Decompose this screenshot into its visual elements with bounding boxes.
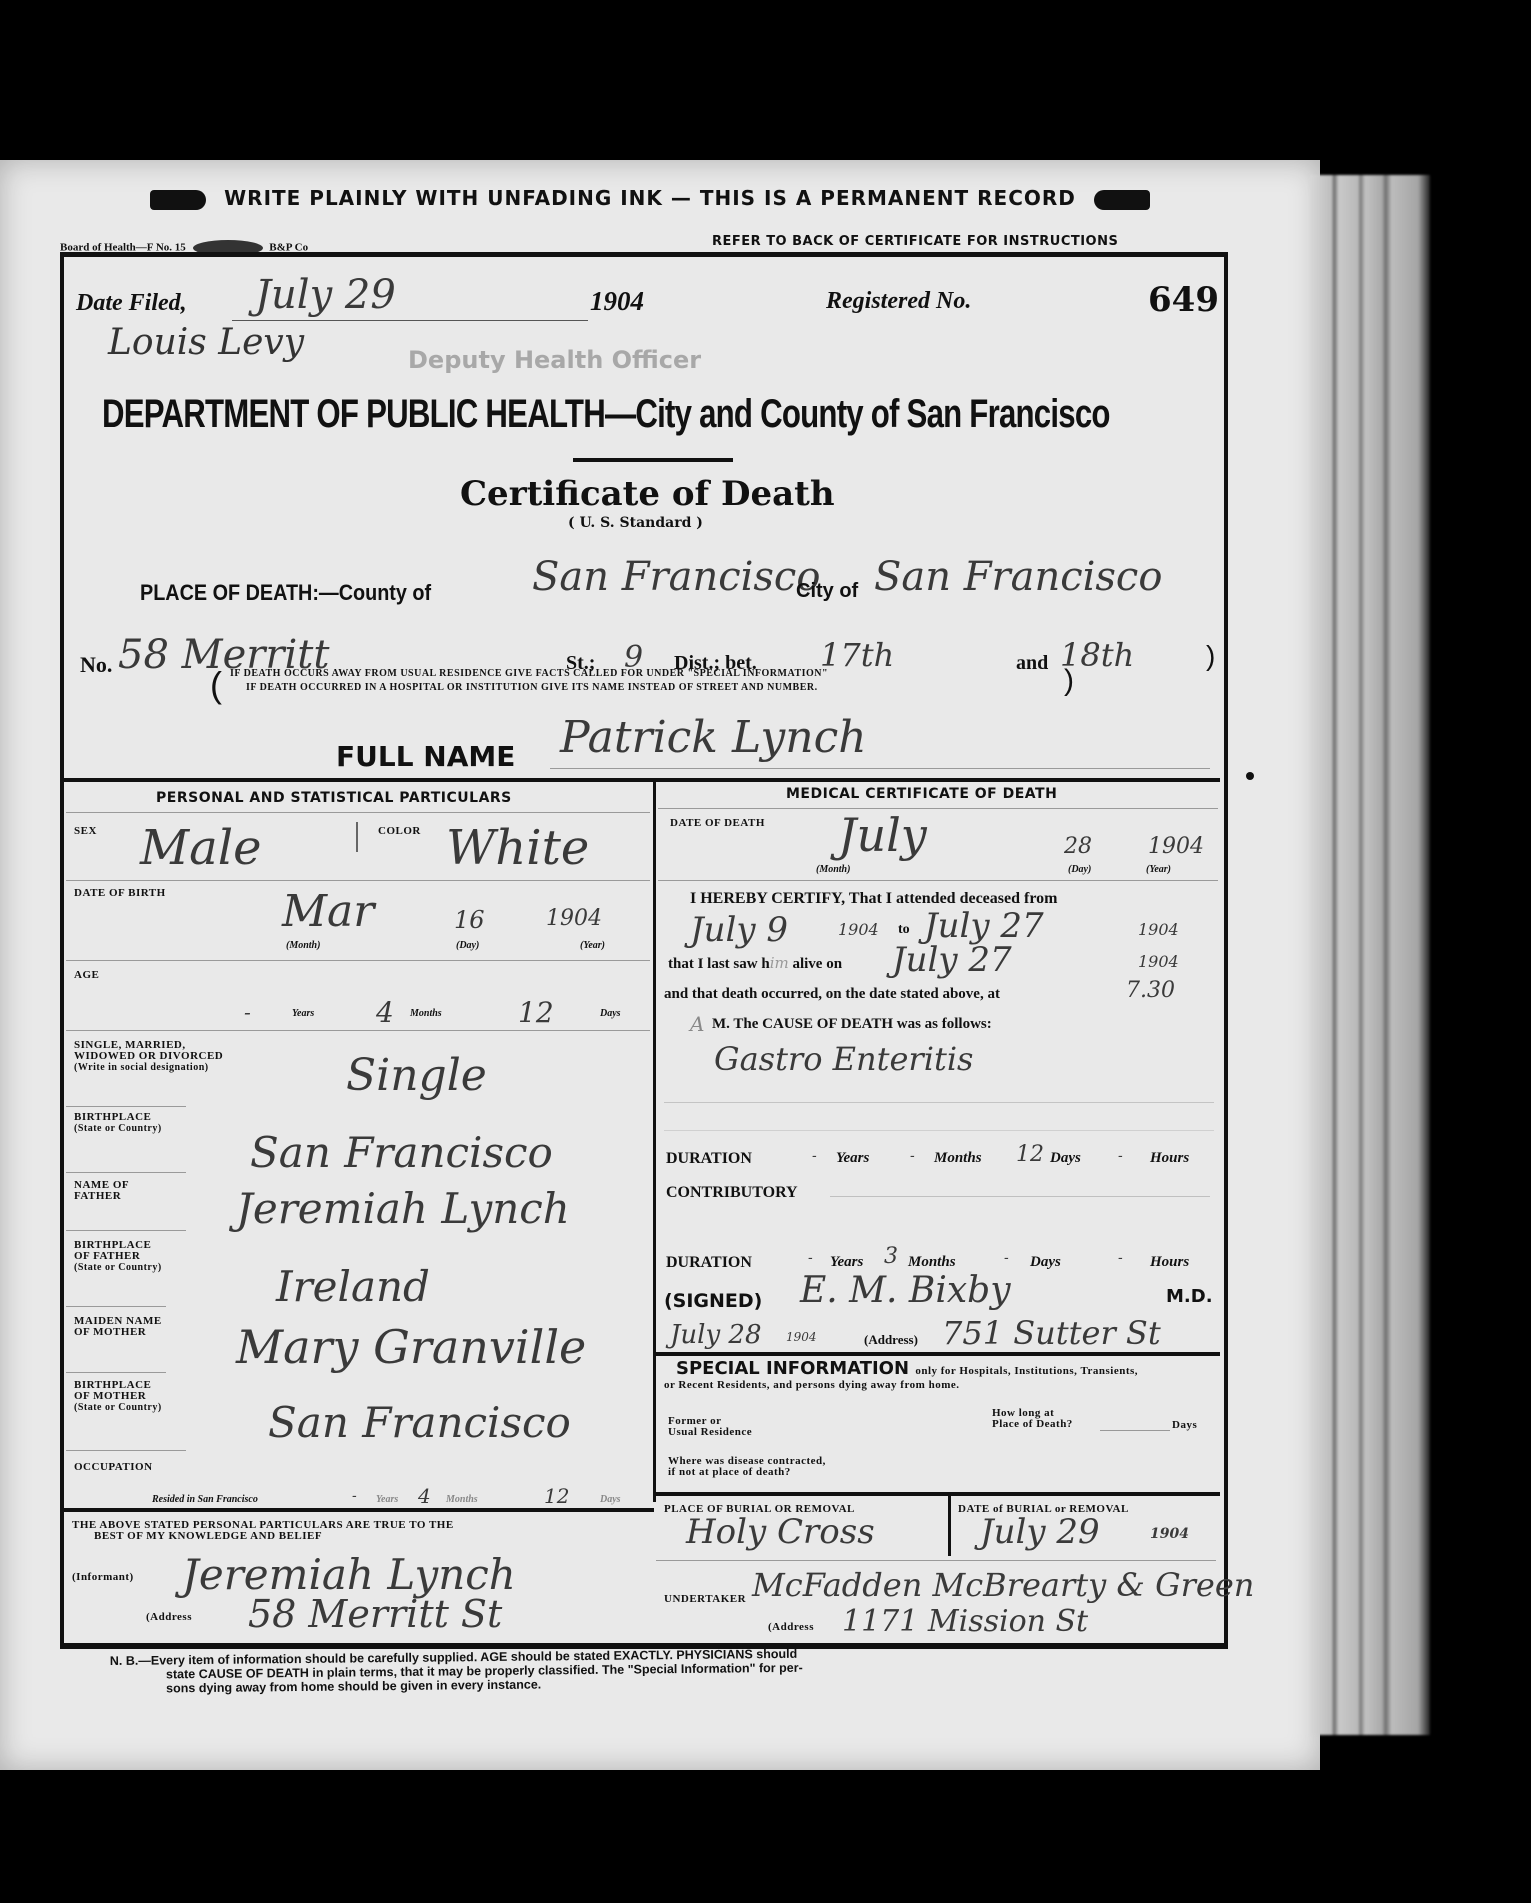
city-label: City of [796, 580, 858, 603]
cause-of-death: Gastro Enteritis [714, 1040, 973, 1078]
date-filed-year: 1904 [590, 286, 644, 317]
informant-address-label: (Address [146, 1612, 192, 1623]
registered-label: Registered No. [826, 288, 971, 315]
mother-name-value: Mary Granville [236, 1320, 586, 1374]
age-years: - [244, 1000, 251, 1024]
sex-value: Male [140, 820, 262, 876]
marital-value: Single [346, 1050, 487, 1101]
pointing-hand-icon [1094, 190, 1150, 210]
signed-label: (SIGNED) [664, 1290, 762, 1312]
age-label: AGE [74, 970, 99, 981]
occupation-label: OCCUPATION [74, 1462, 153, 1473]
father-birthplace-label: BIRTHPLACEOF FATHER(State or Country) [74, 1240, 162, 1273]
officer-signature: Louis Levy [108, 322, 304, 363]
how-long-label: How long atPlace of Death? [992, 1408, 1073, 1430]
physician-signature: E. M. Bixby [800, 1270, 1011, 1311]
duration-label-1: DURATION [666, 1150, 752, 1168]
footnote: N. B.—Every item of information should b… [110, 1647, 803, 1696]
page-mark [1246, 772, 1254, 780]
physician-address: 751 Sutter St [942, 1314, 1161, 1352]
duration-days: 12 [1016, 1142, 1044, 1167]
registered-number: 649 [1148, 280, 1219, 320]
last-saw-date: July 27 [892, 940, 1012, 980]
undertaker-address: 1171 Mission St [842, 1604, 1088, 1639]
mother-name-label: MAIDEN NAMEOF MOTHER [74, 1316, 162, 1338]
full-name-label: FULL NAME [336, 740, 515, 773]
dod-label: DATE OF DEATH [670, 818, 765, 829]
father-name-label: NAME OFFATHER [74, 1180, 129, 1202]
sex-label: SEX [74, 826, 97, 837]
signed-year: 1904 [786, 1330, 817, 1344]
informant-statement: THE ABOVE STATED PERSONAL PARTICULARS AR… [72, 1520, 454, 1542]
burial-place: Holy Cross [686, 1512, 875, 1552]
county-value: San Francisco [532, 554, 820, 600]
date-filed-label: Date Filed, [76, 290, 187, 317]
certificate-subtitle: ( U. S. Standard ) [568, 515, 703, 531]
residence-note: IF DEATH OCCURS AWAY FROM USUAL RESIDENC… [230, 668, 828, 679]
former-residence-label: Former orUsual Residence [668, 1416, 752, 1438]
resided-days: 12 [544, 1484, 569, 1508]
resided-months: 4 [418, 1484, 431, 1508]
undertaker-address-label: (Address [768, 1622, 814, 1633]
city-value: San Francisco [874, 554, 1162, 600]
duration-label-2: DURATION [666, 1254, 752, 1272]
occurred-text: and that death occurred, on the date sta… [664, 986, 1000, 1003]
informant-label: (Informant) [72, 1572, 134, 1583]
between-street-1: 17th [820, 636, 894, 674]
contributory-label: CONTRIBUTORY [666, 1184, 798, 1202]
dob-day: 16 [454, 906, 485, 934]
permanent-record-banner: WRITE PLAINLY WITH UNFADING INK — THIS I… [110, 186, 1190, 210]
banner-text: WRITE PLAINLY WITH UNFADING INK — THIS I… [224, 186, 1076, 210]
contributory-duration-months: 3 [884, 1244, 898, 1269]
color-label: COLOR [378, 826, 421, 837]
date-filed-value: July 29 [255, 272, 396, 318]
marital-label: SINGLE, MARRIED,WIDOWED OR DIVORCED(Writ… [74, 1040, 223, 1073]
informant-address: 58 Merritt St [248, 1592, 502, 1636]
meridiem: A [690, 1012, 704, 1036]
dob-month: Mar [282, 886, 374, 937]
age-days: 12 [518, 996, 554, 1029]
mother-birthplace-label: BIRTHPLACEOF MOTHER(State or Country) [74, 1380, 162, 1413]
undertaker-name: McFadden McBrearty & Green [752, 1566, 1254, 1604]
personal-heading: PERSONAL AND STATISTICAL PARTICULARS [156, 790, 512, 806]
last-saw-year: 1904 [1138, 952, 1179, 971]
dod-year: 1904 [1148, 834, 1204, 859]
stacked-pages-edge [1310, 175, 1430, 1735]
time-of-death: 7.30 [1126, 978, 1175, 1003]
dod-day: 28 [1064, 834, 1092, 859]
instructions-note: REFER TO BACK OF CERTIFICATE FOR INSTRUC… [712, 234, 1118, 249]
signed-date: July 28 [670, 1320, 762, 1350]
color-value: White [446, 820, 589, 876]
mother-birthplace-value: San Francisco [268, 1398, 571, 1447]
dob-year: 1904 [546, 906, 602, 931]
place-of-death-label: PLACE OF DEATH:—County of [140, 580, 431, 606]
attended-to-year: 1904 [1138, 920, 1179, 939]
hospital-note: IF DEATH OCCURRED IN A HOSPITAL OR INSTI… [246, 682, 818, 693]
resided-label: Resided in San Francisco [152, 1494, 258, 1505]
father-birthplace-value: Ireland [276, 1262, 430, 1311]
full-name-value: Patrick Lynch [560, 712, 867, 763]
burial-date: July 29 [980, 1512, 1100, 1552]
attended-from-year: 1904 [838, 920, 879, 939]
medical-heading: MEDICAL CERTIFICATE OF DEATH [786, 786, 1057, 802]
attended-from: July 9 [690, 910, 788, 950]
age-months: 4 [376, 996, 394, 1029]
dob-label: DATE OF BIRTH [74, 888, 166, 899]
dod-month: July [838, 808, 927, 862]
special-info-heading: SPECIAL INFORMATION only for Hospitals, … [676, 1358, 1138, 1379]
birthplace-label: BIRTHPLACE(State or Country) [74, 1112, 162, 1134]
undertaker-label: UNDERTAKER [664, 1594, 746, 1605]
md-label: M.D. [1166, 1286, 1213, 1307]
birthplace-value: San Francisco [250, 1128, 553, 1177]
department-title: DEPARTMENT OF PUBLIC HEALTH—City and Cou… [102, 392, 1110, 437]
contracted-label: Where was disease contracted,if not at p… [668, 1456, 826, 1478]
burial-year: 1904 [1150, 1526, 1189, 1542]
pointing-hand-icon [150, 190, 206, 210]
cause-text: M. The CAUSE OF DEATH was as follows: [712, 1016, 992, 1033]
street-no-label: No. [80, 652, 112, 678]
father-name-value: Jeremiah Lynch [236, 1184, 570, 1233]
certificate-title: Certificate of Death [460, 474, 835, 514]
and-label: and [1016, 652, 1048, 675]
officer-title-stamp: Deputy Health Officer [408, 346, 701, 374]
